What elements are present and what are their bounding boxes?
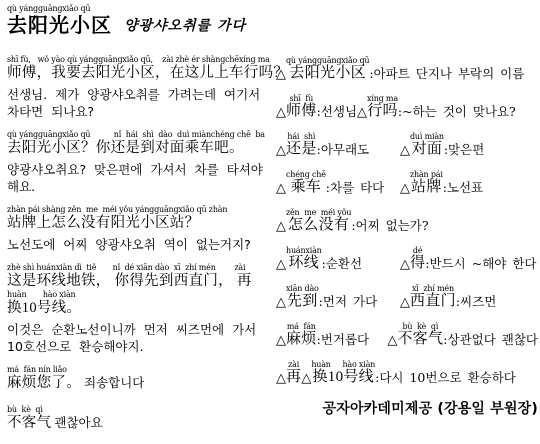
vocab-meaning: :~하는 것이 맞나요? — [398, 104, 516, 120]
vocab-row: △ xiān dào 先到 :먼저 가다 △ xī zhí mén 西直门 :씨… — [276, 284, 538, 310]
vocab-meaning: :어찌 없는가? — [351, 218, 428, 234]
triangle-bullet-icon: △ — [400, 256, 410, 272]
vocab-item: △ zhàn pái 站牌 :노선표 — [400, 170, 483, 196]
vocab-hanzi: 对面 — [412, 141, 443, 158]
credit-line: 공자아카데미제공 (강용일 부원장) — [276, 398, 538, 418]
vocab-hanzi: 行吗 — [367, 103, 398, 120]
vocab-item: △ qù yángguāngxiǎo qū 去阳光小区 :아파트 단지나 부락의… — [276, 56, 524, 82]
vocab-item: △ xíng ma 行吗 :~하는 것이 맞나요? — [357, 94, 516, 120]
vocab-term: zěn me méi yǒu 怎么没有 — [286, 208, 351, 234]
vocab-hanzi: 环线 — [289, 255, 320, 272]
korean-translation: 양광샤오취요? 맞은편에 가셔서 차를 타셔야 해요. — [7, 161, 272, 195]
triangle-bullet-icon: △ — [400, 142, 410, 158]
vocab-row: △ huánxiàn 环线 :순환선 △ dé 得 :반드시 ~해야 한다 — [276, 246, 538, 272]
vocab-meaning: :아무래도 — [317, 142, 370, 158]
title-korean: 양광샤오취를 가다 — [124, 15, 246, 39]
vocabulary-column: △ qù yángguāngxiǎo qū 去阳光小区 :아파트 단지나 부락의… — [276, 56, 538, 418]
title-hanzi: 去阳光小区 — [7, 13, 112, 39]
vocab-meaning: :상관없다 괜찮다 — [443, 332, 538, 348]
vocab-hanzi: 乘车 — [291, 179, 322, 196]
triangle-bullet-icon: △ — [400, 180, 410, 196]
korean-translation: 죄송합니다 — [84, 373, 144, 392]
triangle-bullet-icon: △ — [357, 104, 367, 120]
vocab-hanzi: 站牌 — [411, 179, 442, 196]
vocab-term: zhàn pái 站牌 — [410, 170, 443, 196]
vocab-term: xī zhí mén 西直门 — [410, 284, 456, 310]
vocab-row: △ hái shì 还是 :아무래도 △ duì miàn 对面 :맞은편 — [276, 132, 538, 158]
closing-line-2: bù kè qì 不客气 괜찮아요 — [7, 405, 272, 432]
vocab-pinyin: zěn me méi yǒu — [286, 208, 351, 217]
chinese-phrase: bù kè qì 不客气 — [7, 405, 51, 432]
title-chinese: qù yángguāngxiǎo qū 去阳光小区 — [7, 4, 112, 39]
chinese-line: 换10号线。 — [7, 299, 272, 317]
vocab-term: xíng ma 行吗 — [367, 94, 398, 120]
vocab-item: △ má fán 麻烦 :번거롭다 — [276, 322, 387, 348]
pinyin-line: bù kè qì — [7, 405, 51, 414]
chinese-phrase: má fán nín liǎo 麻烦您了。 — [7, 365, 81, 392]
vocab-row: △ qù yángguāngxiǎo qū 去阳光小区 :아파트 단지나 부락의… — [276, 56, 538, 82]
chinese-line: 师傅，我要去阳光小区，在这儿上车行吗？ — [7, 64, 272, 82]
vocab-term: má fán 麻烦 — [286, 322, 317, 348]
vocab-term: huàn hào xiàn 换10号线 — [311, 360, 375, 386]
vocab-pinyin: shī fù — [289, 94, 313, 103]
vocab-term: qù yángguāngxiǎo qū 去阳光小区 — [286, 56, 369, 82]
korean-translation: 선생님. 제가 양광샤오취를 가려는데 여기서 차타면 되나요? — [7, 86, 272, 120]
vocab-pinyin: duì miàn — [410, 132, 444, 141]
triangle-bullet-icon: △ — [276, 294, 286, 310]
dialogue-block-3: zhàn pái shàng zěn me méi yǒu yángguāngx… — [7, 205, 272, 253]
triangle-bullet-icon: △ — [276, 104, 286, 120]
left-column: qù yángguāngxiǎo qū 去阳光小区 양광샤오취를 가다 shī … — [7, 4, 272, 444]
vocab-item: △ xī zhí mén 西直门 :씨즈먼 — [400, 284, 496, 310]
vocab-item: △ zài 再 — [276, 360, 301, 386]
lesson-title: qù yángguāngxiǎo qū 去阳光小区 양광샤오취를 가다 — [7, 4, 272, 39]
chinese-line: 站牌上怎么没有阳光小区站？ — [7, 214, 272, 232]
vocab-hanzi: 师傅 — [286, 103, 317, 120]
chinese-line: 麻烦您了。 — [7, 374, 81, 392]
vocab-meaning: :먼저 가다 — [319, 294, 378, 310]
vocab-item: △ chéng chē 乘车 :차를 타다 — [276, 170, 400, 196]
vocab-term: duì miàn 对面 — [410, 132, 444, 158]
vocab-item: △ shī fù 师傅 :선생님 — [276, 94, 357, 120]
korean-translation: 괜찮아요 — [54, 413, 102, 432]
vocab-meaning: :선생님 — [317, 104, 357, 120]
triangle-bullet-icon: △ — [276, 142, 286, 158]
vocab-hanzi: 去阳光小区 — [289, 65, 366, 82]
triangle-bullet-icon: △ — [387, 332, 397, 348]
vocab-pinyin: bù kè qì — [402, 322, 438, 331]
vocab-meaning: :맞은편 — [444, 142, 484, 158]
vocab-meaning: :노선표 — [443, 180, 483, 196]
dialogue-block-1: shī fù, wǒ yào qù yángguāngxiǎo qū, zài … — [7, 55, 272, 120]
pinyin-line: zhàn pái shàng zěn me méi yǒu yángguāngx… — [7, 205, 272, 214]
vocab-pinyin: xiān dào — [286, 284, 319, 293]
vocab-hanzi: 先到 — [287, 293, 318, 310]
vocab-term: dé 得 — [410, 246, 425, 272]
vocab-term: bù kè qì 不客气 — [397, 322, 443, 348]
triangle-bullet-icon: △ — [276, 66, 286, 82]
vocab-meaning: :순환선 — [322, 256, 362, 272]
vocab-item: △ huàn hào xiàn 换10号线 :다시 10번으로 환승하다 — [301, 360, 516, 386]
triangle-bullet-icon: △ — [276, 218, 286, 234]
triangle-bullet-icon: △ — [276, 370, 286, 386]
dialogue-block-2: qù yángguāngxiǎo qū nǐ hái shì dào duì m… — [7, 130, 272, 195]
vocab-item: △ zěn me méi yǒu 怎么没有 :어찌 없는가? — [276, 208, 429, 234]
dialogue-block-4: zhè shì huánxiàn dì tiě nǐ dé xiān dào x… — [7, 263, 272, 355]
vocab-pinyin: qù yángguāngxiǎo qū — [286, 56, 369, 65]
vocab-row: △ zài 再 △ huàn hào xiàn 换10号线 :다시 10번으로 … — [276, 360, 538, 386]
vocab-hanzi: 麻烦 — [286, 331, 317, 348]
vocab-item: △ bù kè qì 不客气 :상관없다 괜찮다 — [387, 322, 538, 348]
vocab-pinyin: huàn hào xiàn — [311, 360, 375, 369]
pinyin-line: huàn hào xiàn — [7, 290, 272, 299]
vocab-hanzi: 怎么没有 — [288, 217, 349, 234]
triangle-bullet-icon: △ — [276, 332, 286, 348]
closing-line-1: má fán nín liǎo 麻烦您了。 죄송합니다 — [7, 365, 272, 392]
vocab-item: △ hái shì 还是 :아무래도 — [276, 132, 400, 158]
vocab-hanzi: 不客气 — [397, 331, 443, 348]
vocab-hanzi: 西直门 — [410, 293, 456, 310]
vocab-pinyin: xī zhí mén — [412, 284, 454, 293]
chinese-line: 不客气 — [7, 414, 51, 432]
vocab-pinyin: chéng chē — [286, 170, 326, 179]
vocab-term: zài 再 — [286, 360, 301, 386]
vocab-term: xiān dào 先到 — [286, 284, 319, 310]
vocab-term: huánxiàn 环线 — [286, 246, 322, 272]
vocab-meaning: :차를 타다 — [326, 180, 385, 196]
vocab-pinyin: má fán — [287, 322, 316, 331]
pinyin-line: má fán nín liǎo — [7, 365, 81, 374]
pinyin-line: qù yángguāngxiǎo qū nǐ hái shì dào duì m… — [7, 130, 272, 139]
vocab-hanzi: 换10号线 — [312, 369, 374, 386]
pinyin-line: shī fù, wǒ yào qù yángguāngxiǎo qū, zài … — [7, 55, 272, 64]
vocab-pinyin: hái shì — [287, 132, 315, 141]
triangle-bullet-icon: △ — [276, 256, 286, 272]
vocab-meaning: :씨즈먼 — [456, 294, 496, 310]
vocab-pinyin: dé — [413, 246, 422, 255]
chinese-line: 这是环线地铁， 你得先到西直门， 再 — [7, 272, 272, 290]
chinese-line: 去阳光小区？你还是到对面乘车吧。 — [7, 139, 272, 157]
vocab-hanzi: 还是 — [286, 141, 317, 158]
vocab-item: △ dé 得 :반드시 ~해야 한다 — [400, 246, 536, 272]
vocab-meaning: :번거롭다 — [317, 332, 370, 348]
pinyin-line: zhè shì huánxiàn dì tiě nǐ dé xiān dào x… — [7, 263, 272, 272]
vocab-meaning: :반드시 ~해야 한다 — [425, 256, 536, 272]
vocab-item: △ huánxiàn 环线 :순환선 — [276, 246, 400, 272]
vocab-row: △ shī fù 师傅 :선생님 △ xíng ma 行吗 :~하는 것이 맞나… — [276, 94, 538, 120]
vocab-term: chéng chē 乘车 — [286, 170, 326, 196]
vocab-term: shī fù 师傅 — [286, 94, 317, 120]
vocab-hanzi: 得 — [410, 255, 425, 272]
triangle-bullet-icon: △ — [400, 294, 410, 310]
title-pinyin: qù yángguāngxiǎo qū — [7, 4, 112, 13]
vocab-row: △ má fán 麻烦 :번거롭다 △ bù kè qì 不客气 :상관없다 괜… — [276, 322, 538, 348]
vocab-pinyin: zhàn pái — [410, 170, 443, 179]
vocab-pinyin: huánxiàn — [286, 246, 322, 255]
vocab-meaning: :다시 10번으로 환승하다 — [375, 370, 516, 386]
korean-translation: 노선도에 어찌 양광샤오취 역이 없는거지? — [7, 236, 272, 253]
vocab-row: △ zěn me méi yǒu 怎么没有 :어찌 없는가? — [276, 208, 538, 234]
triangle-bullet-icon: △ — [301, 370, 311, 386]
triangle-bullet-icon: △ — [276, 180, 286, 196]
vocab-item: △ xiān dào 先到 :먼저 가다 — [276, 284, 400, 310]
korean-translation: 이것은 순환노선이니까 먼저 씨즈먼에 가서 10호선으로 환승해야지. — [7, 321, 272, 355]
vocab-pinyin: xíng ma — [367, 94, 398, 103]
vocab-hanzi: 再 — [286, 369, 301, 386]
vocab-pinyin: zài — [288, 360, 299, 369]
vocab-term: hái shì 还是 — [286, 132, 317, 158]
vocab-row: △ chéng chē 乘车 :차를 타다 △ zhàn pái 站牌 :노선표 — [276, 170, 538, 196]
vocab-item: △ duì miàn 对面 :맞은편 — [400, 132, 484, 158]
vocab-meaning: :아파트 단지나 부락의 이름 — [369, 66, 524, 82]
